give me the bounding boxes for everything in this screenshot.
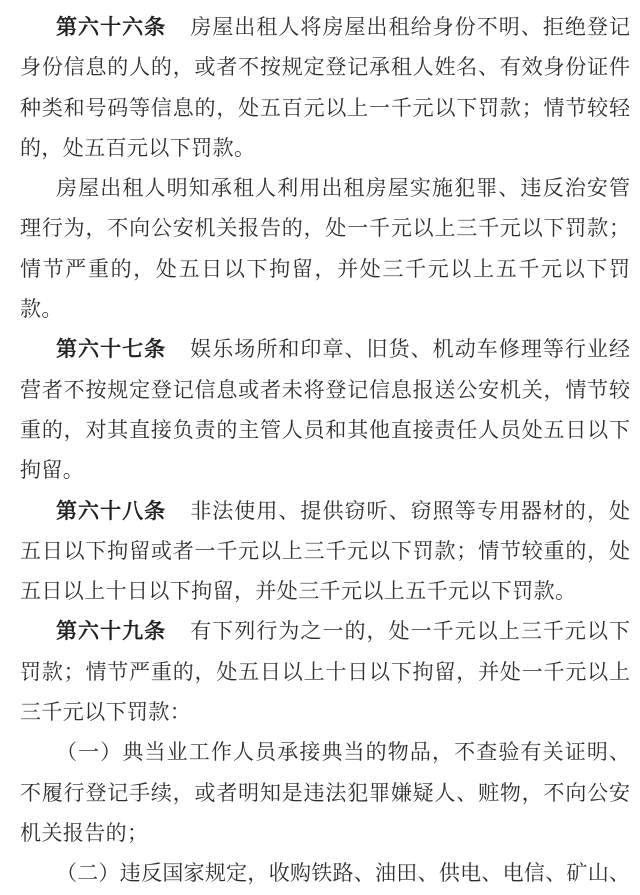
document-line: 罚款；情节严重的，处五日以上十日以下拘留，并处一千元以上 xyxy=(20,652,630,692)
article-number: 第六十六条 xyxy=(56,15,166,39)
document-line: 拘留。 xyxy=(20,450,630,490)
document-line: 第六十八条非法使用、提供窃听、窃照等专用器材的，处 xyxy=(20,491,630,531)
document-line: 营者不按规定登记信息或者未将登记信息报送公安机关，情节较 xyxy=(20,370,630,410)
document-page: 第六十六条房屋出租人将房屋出租给身份不明、拒绝登记身份信息的人的，或者不按规定登… xyxy=(0,0,640,895)
document-line: （一）典当业工作人员承接典当的物品，不查验有关证明、 xyxy=(20,732,630,772)
document-line: 重的，对其直接负责的主管人员和其他直接责任人员处五日以下 xyxy=(20,410,630,450)
document-line: 种类和号码等信息的，处五百元以上一千元以下罚款；情节较轻 xyxy=(20,88,630,128)
document-line: 不履行登记手续，或者明知是违法犯罪嫌疑人、赃物，不向公安 xyxy=(20,773,630,813)
document-line: 第六十六条房屋出租人将房屋出租给身份不明、拒绝登记 xyxy=(20,7,630,47)
document-line: （二）违反国家规定，收购铁路、油田、供电、电信、矿山、 xyxy=(20,853,630,893)
document-line: 的，处五百元以下罚款。 xyxy=(20,128,630,168)
article-number: 第六十九条 xyxy=(56,619,166,643)
document-line: 第六十九条有下列行为之一的，处一千元以上三千元以下 xyxy=(20,611,630,651)
article-number: 第六十八条 xyxy=(56,499,166,523)
document-line: 理行为，不向公安机关报告的，处一千元以上三千元以下罚款； xyxy=(20,208,630,248)
document-line: 身份信息的人的，或者不按规定登记承租人姓名、有效身份证件 xyxy=(20,47,630,87)
document-line: 情节严重的，处五日以下拘留，并处三千元以上五千元以下罚 xyxy=(20,249,630,289)
document-line: 机关报告的； xyxy=(20,813,630,853)
text-block: 第六十六条房屋出租人将房屋出租给身份不明、拒绝登记身份信息的人的，或者不按规定登… xyxy=(20,7,630,895)
document-line: 五日以下拘留或者一千元以上三千元以下罚款；情节较重的，处 xyxy=(20,531,630,571)
article-number: 第六十七条 xyxy=(56,337,166,361)
document-line: 房屋出租人明知承租人利用出租房屋实施犯罪、违反治安管 xyxy=(20,168,630,208)
document-line: 第六十七条娱乐场所和印章、旧货、机动车修理等行业经 xyxy=(20,329,630,369)
document-line: 五日以上十日以下拘留，并处三千元以上五千元以下罚款。 xyxy=(20,571,630,611)
document-line: 款。 xyxy=(20,289,630,329)
document-line: 三千元以下罚款： xyxy=(20,692,630,732)
